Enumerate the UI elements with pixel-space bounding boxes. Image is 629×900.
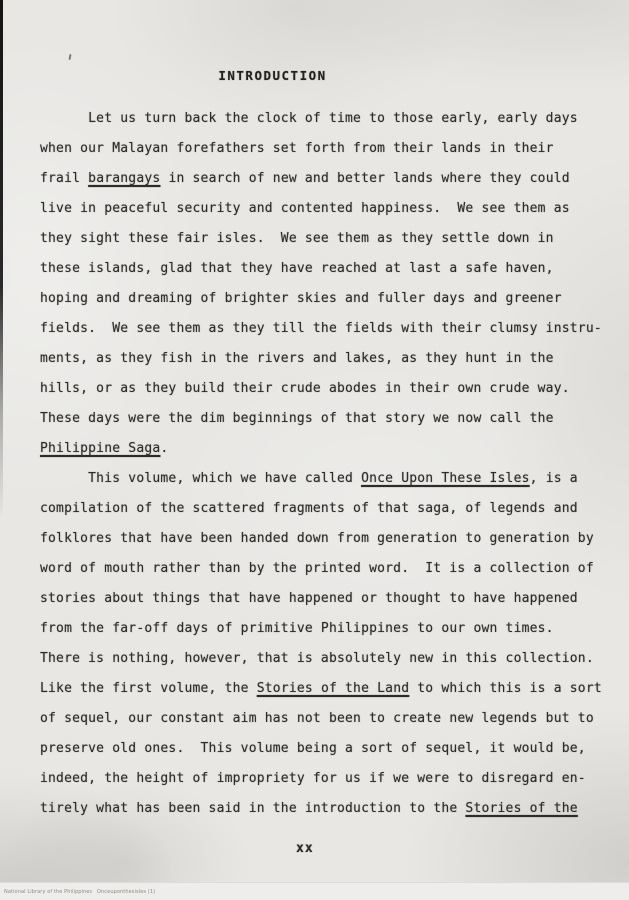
text-line: These days were the dim beginnings of th… <box>40 404 615 434</box>
text-line: ments, as they fish in the rivers and la… <box>40 344 615 374</box>
page-number: xx <box>296 841 314 856</box>
text-line: live in peaceful security and contented … <box>40 194 615 224</box>
text-line: they sight these fair isles. We see them… <box>40 224 615 254</box>
text-line: from the far-off days of primitive Phili… <box>40 614 615 644</box>
text-line: preserve old ones. This volume being a s… <box>40 734 615 764</box>
text-line: This volume, which we have called Once U… <box>40 464 615 494</box>
text-line: word of mouth rather than by the printed… <box>40 554 615 584</box>
text-line: fields. We see them as they till the fie… <box>40 314 615 344</box>
text-line: hills, or as they build their crude abod… <box>40 374 615 404</box>
text-line: Let us turn back the clock of time to th… <box>40 104 615 134</box>
text-body: Let us turn back the clock of time to th… <box>40 104 615 824</box>
text-line: There is nothing, however, that is absol… <box>40 644 615 674</box>
text-line: Like the first volume, the Stories of th… <box>40 674 615 704</box>
text-line: of sequel, our constant aim has not been… <box>40 704 615 734</box>
text-line: Philippine Saga. <box>40 434 615 464</box>
text-line: frail barangays in search of new and bet… <box>40 164 615 194</box>
ink-speck <box>68 54 71 60</box>
text-line: indeed, the height of impropriety for us… <box>40 764 615 794</box>
scanned-document-page: INTRODUCTION Let us turn back the clock … <box>0 0 629 900</box>
text-line: these islands, glad that they have reach… <box>40 254 615 284</box>
text-line: folklores that have been handed down fro… <box>40 524 615 554</box>
footer-strip: National Library of the Philippines Once… <box>0 882 629 900</box>
text-line: stories about things that have happened … <box>40 584 615 614</box>
page-title: INTRODUCTION <box>0 68 545 83</box>
text-line: hoping and dreaming of brighter skies an… <box>40 284 615 314</box>
footer-right-text: Onceuponthesisles (1) <box>97 889 155 895</box>
text-line: when our Malayan forefathers set forth f… <box>40 134 615 164</box>
text-line: compilation of the scattered fragments o… <box>40 494 615 524</box>
text-line: tirely what has been said in the introdu… <box>40 794 615 824</box>
footer-left-text: National Library of the Philippines <box>4 889 92 895</box>
